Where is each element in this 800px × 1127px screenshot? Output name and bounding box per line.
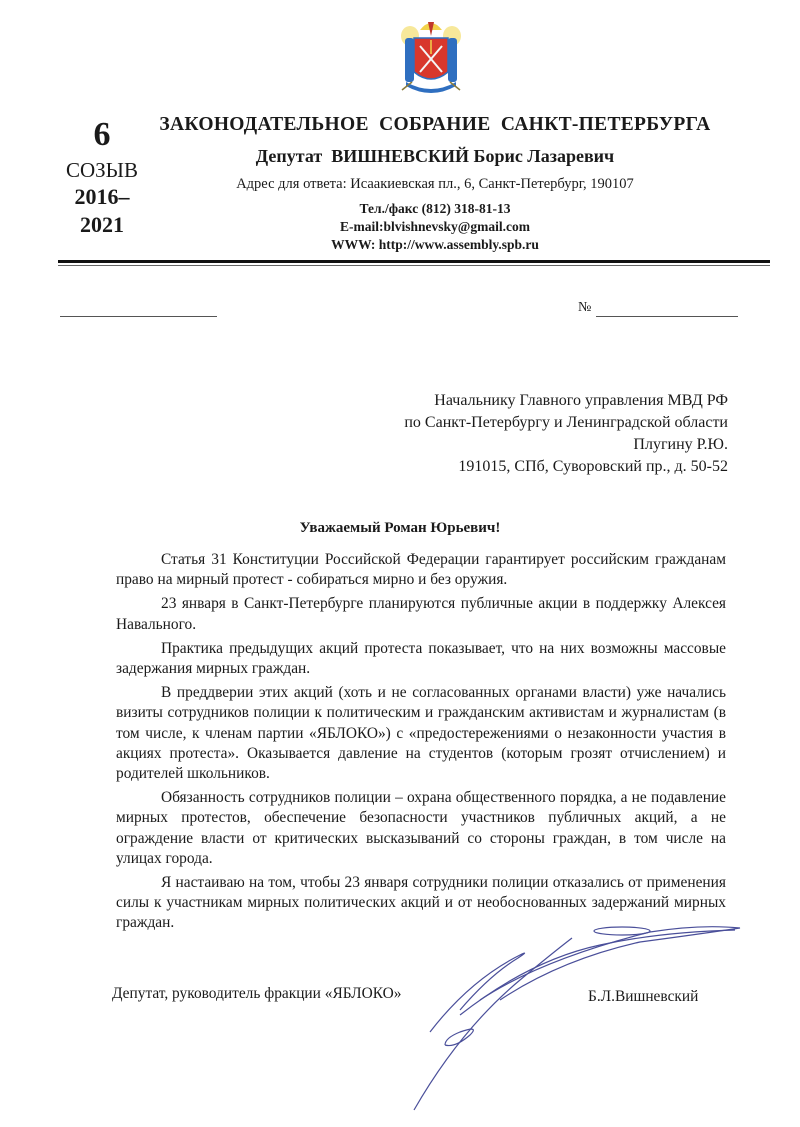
letter-body: Статья 31 Конституции Российской Федерац… [116, 550, 726, 938]
organization-name: ЗАКОНОДАТЕЛЬНОЕ СОБРАНИЕ САНКТ-ПЕТЕРБУРГ… [150, 114, 720, 136]
addressee-line: 191015, СПб, Суворовский пр., д. 50-52 [458, 458, 728, 476]
paragraph: В преддверии этих акций (хоть и не согла… [116, 683, 726, 784]
phone-fax: Тел./факс (812) 318-81-13 [150, 201, 720, 217]
number-label: № [578, 300, 591, 316]
reply-address: Адрес для ответа: Исаакиевская пл., 6, С… [150, 176, 720, 193]
coat-of-arms-emblem [400, 16, 462, 96]
website: WWW: http://www.assembly.spb.ru [150, 237, 720, 253]
paragraph: Статья 31 Конституции Российской Федерац… [116, 550, 726, 590]
addressee-line: Начальнику Главного управления МВД РФ [434, 392, 728, 410]
convocation-label: СОЗЫВ [62, 158, 142, 183]
addressee-line: по Санкт-Петербургу и Ленинградской обла… [404, 414, 728, 432]
greeting: Уважаемый Роман Юрьевич! [0, 520, 800, 537]
convocation-number: 6 [62, 116, 142, 154]
paragraph: Обязанность сотрудников полиции – охрана… [116, 788, 726, 869]
paragraph: Практика предыдущих акций протеста показ… [116, 639, 726, 679]
email-address: E-mail:blvishnevsky@gmail.com [150, 219, 720, 235]
signatory-name: Б.Л.Вишневский [588, 988, 698, 1006]
deputy-name: Депутат ВИШНЕВСКИЙ Борис Лазаревич [150, 146, 720, 167]
header-divider-thin [58, 265, 770, 266]
convocation-years-end: 2021 [62, 212, 142, 238]
convocation-years-start: 2016– [62, 184, 142, 210]
number-blank-line [596, 316, 738, 317]
signatory-role: Депутат, руководитель фракции «ЯБЛОКО» [112, 985, 401, 1003]
header-divider-thick [58, 260, 770, 263]
paragraph: 23 января в Санкт-Петербурге планируются… [116, 594, 726, 634]
handwritten-signature [400, 920, 800, 1127]
date-blank-line [60, 316, 217, 317]
addressee-line: Плугину Р.Ю. [633, 436, 728, 454]
